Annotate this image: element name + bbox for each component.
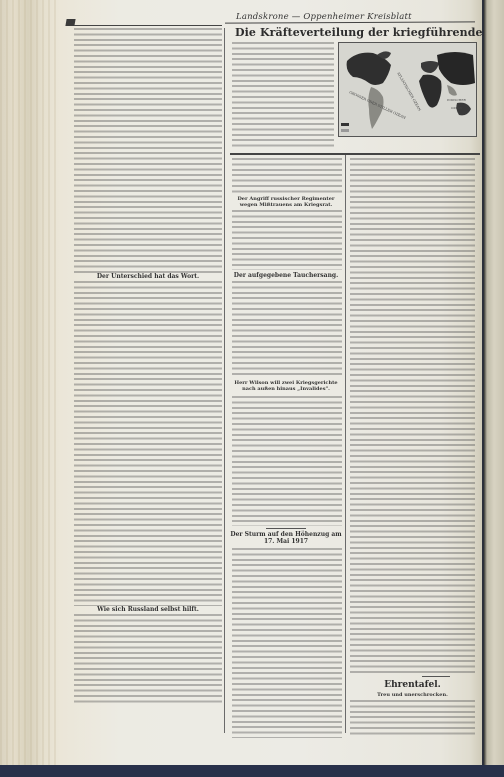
left-column-body-3 xyxy=(74,614,222,706)
column-rule xyxy=(224,28,225,733)
subhead-unterschied: Der Unterschied hat das Wort. xyxy=(74,273,222,280)
map-section-rule xyxy=(230,153,480,155)
svg-text:INDISCHER: INDISCHER xyxy=(447,98,467,102)
subhead-ehrentafel: Ehrentafel. xyxy=(350,680,475,690)
adjacent-page-edge xyxy=(484,0,504,777)
section-divider xyxy=(266,528,306,529)
middle-column-body-2 xyxy=(232,210,342,270)
right-column-body-2 xyxy=(350,700,475,738)
subhead-regimenter: Der Angriff russischer Regimenter wegen … xyxy=(228,196,344,208)
section-divider-2 xyxy=(422,676,450,677)
column-rule-2 xyxy=(345,155,346,733)
world-map-graphic: GROSSER ODER STILLER OZEAN ATLANTISCHER … xyxy=(339,43,476,136)
newspaper-page: Landskrone — Oppenheimer Kreisblatt Die … xyxy=(0,0,482,765)
subhead-russland: Wie sich Russland selbst hilft. xyxy=(74,606,222,613)
left-column-body xyxy=(74,28,222,273)
subhead-tauchersang: Der aufgegebene Tauchersang. xyxy=(228,272,344,279)
world-map: GROSSER ODER STILLER OZEAN ATLANTISCHER … xyxy=(338,42,477,137)
middle-column-body-4 xyxy=(232,396,342,526)
map-intro-text xyxy=(232,42,334,150)
subhead-sturm: Der Sturm auf den Höhenzug am 17. Mai 19… xyxy=(228,531,344,545)
middle-column-body xyxy=(232,158,342,193)
running-head: Landskrone — Oppenheimer Kreisblatt xyxy=(236,12,412,22)
middle-column-body-5 xyxy=(232,548,342,738)
left-column-body-2 xyxy=(74,281,222,606)
middle-column-body-3 xyxy=(232,281,342,377)
subhead-wilson: Herr Wilson will zwei Kriegsgerichte nac… xyxy=(228,380,344,392)
main-article-title: Die Kräfteverteilung der kriegführenden … xyxy=(235,26,475,39)
header-rule xyxy=(74,25,222,26)
subhead-treu: Treu und unerschrocken. xyxy=(350,692,475,698)
right-column-body xyxy=(350,158,475,674)
header-rule-right xyxy=(225,21,475,23)
scanner-background xyxy=(0,765,504,777)
svg-text:OZEAN: OZEAN xyxy=(451,106,463,110)
